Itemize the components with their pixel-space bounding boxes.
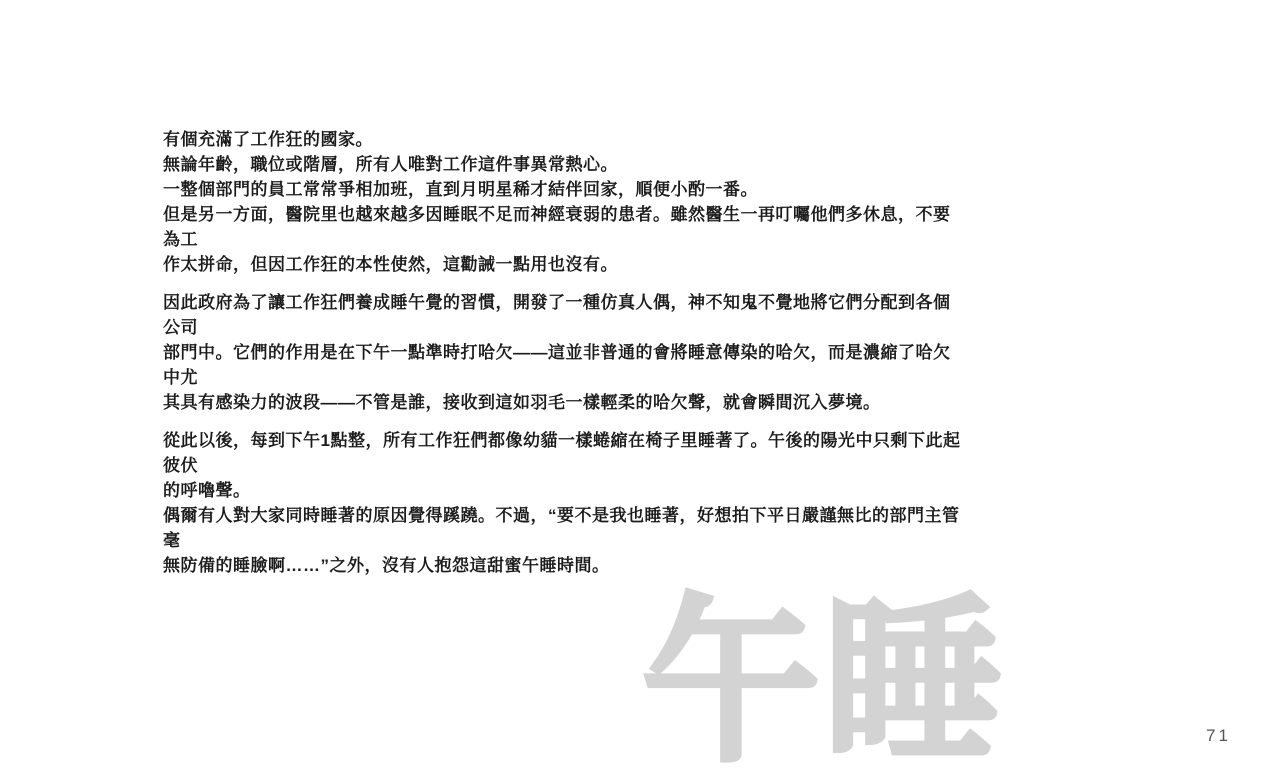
story-paragraph-3: 從此以後，每到下午1點整，所有工作狂們都像幼貓一樣蜷縮在椅子里睡著了。午後的陽光… [163,428,963,578]
page-number: 71 [1206,726,1231,746]
story-paragraph-1: 有個充滿了工作狂的國家。 無論年齡，職位或階層，所有人唯對工作這件事異常熱心。 … [163,127,963,277]
book-page: 有個充滿了工作狂的國家。 無論年齡，職位或階層，所有人唯對工作這件事異常熱心。 … [0,0,1280,768]
story-paragraph-2: 因此政府為了讓工作狂們養成睡午覺的習慣，開發了一種仿真人偶，神不知鬼不覺地將它們… [163,290,963,415]
story-text-block: 有個充滿了工作狂的國家。 無論年齡，職位或階層，所有人唯對工作這件事異常熱心。 … [163,127,963,591]
chapter-title-watermark: 午睡 [642,594,1006,768]
